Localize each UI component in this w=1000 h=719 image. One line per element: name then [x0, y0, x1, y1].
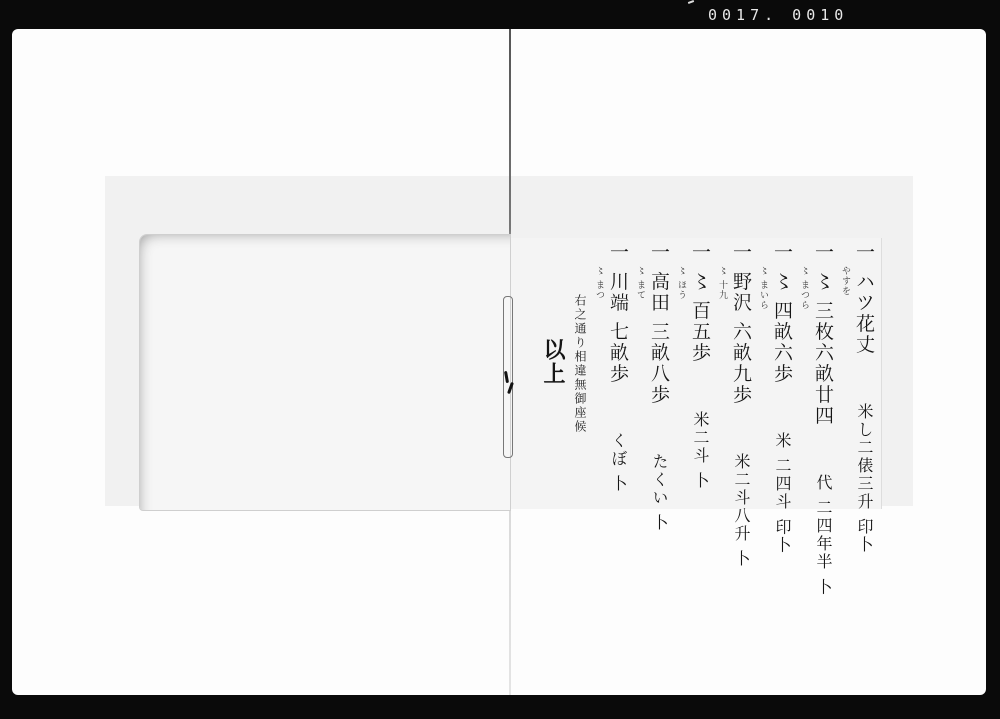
ruby-annotation: 〻 まいら — [758, 266, 767, 310]
column-lower-text: たくい 卜 — [651, 453, 667, 532]
manuscript-columns: やすを 一 ハツ花丈 米し二俵三升 印卜 〻 まつら 一 〻 三枚六畝廿四 代 … — [511, 238, 881, 509]
column-lower-text: 米 二四斗 印卜 — [774, 432, 790, 554]
text-column-7: 〻 まつ 一 川端 七畝歩 くぼ 卜 — [608, 242, 627, 509]
column-main-text: 一 〻 百五歩 — [689, 242, 711, 363]
text-column-4: 〻 十九 一 野沢 六畝九歩 米二斗八升 卜 — [731, 242, 750, 509]
text-column-5: 〻 ほう 一 〻 百五歩 米二斗 卜 — [690, 242, 709, 509]
ruby-annotation: 〻 ほう — [676, 266, 685, 300]
text-column-1: やすを 一 ハツ花丈 米し二俵三升 印卜 — [854, 242, 873, 509]
ruby-annotation: 〻 まて — [635, 266, 644, 300]
column-lower-text: 米二斗八升 卜 — [733, 453, 749, 568]
closing-signature: 以上 — [542, 338, 564, 509]
text-column-6: 〻 まて 一 高田 三畝八歩 たくい 卜 — [649, 242, 668, 509]
column-lower-text: 米二斗 卜 — [692, 411, 708, 490]
column-main-text: 一 川端 七畝歩 — [607, 242, 629, 384]
column-main-text: 一 野沢 六畝九歩 — [730, 242, 752, 405]
column-main-text: 一 〻 四畝六歩 — [771, 242, 793, 384]
closing-note: 右之通り相違無御座候 — [574, 294, 586, 509]
ruby-annotation: 〻 まつら — [799, 266, 808, 310]
column-lower-text: 代 二四年半 卜 — [815, 474, 831, 596]
column-lower-text: くぼ 卜 — [610, 432, 626, 493]
frame-counter: 0017. 0010 — [708, 6, 848, 24]
column-main-text: 一 〻 三枚六畝廿四 — [812, 242, 834, 426]
column-main-text: 一 ハツ花丈 — [853, 242, 875, 355]
ruby-annotation: 〻 まつ — [594, 266, 603, 300]
column-main-text: 一 高田 三畝八歩 — [648, 242, 670, 405]
ruby-annotation: 〻 十九 — [717, 266, 726, 300]
text-column-3: 〻 まいら 一 〻 四畝六歩 米 二四斗 印卜 — [772, 242, 791, 509]
ruby-annotation: やすを — [840, 266, 849, 296]
column-lower-text: 米し二俵三升 印卜 — [856, 403, 872, 554]
film-tick-mark — [688, 0, 694, 4]
text-column-2: 〻 まつら 一 〻 三枚六畝廿四 代 二四年半 卜 — [813, 242, 832, 509]
left-page-blank — [139, 234, 511, 511]
